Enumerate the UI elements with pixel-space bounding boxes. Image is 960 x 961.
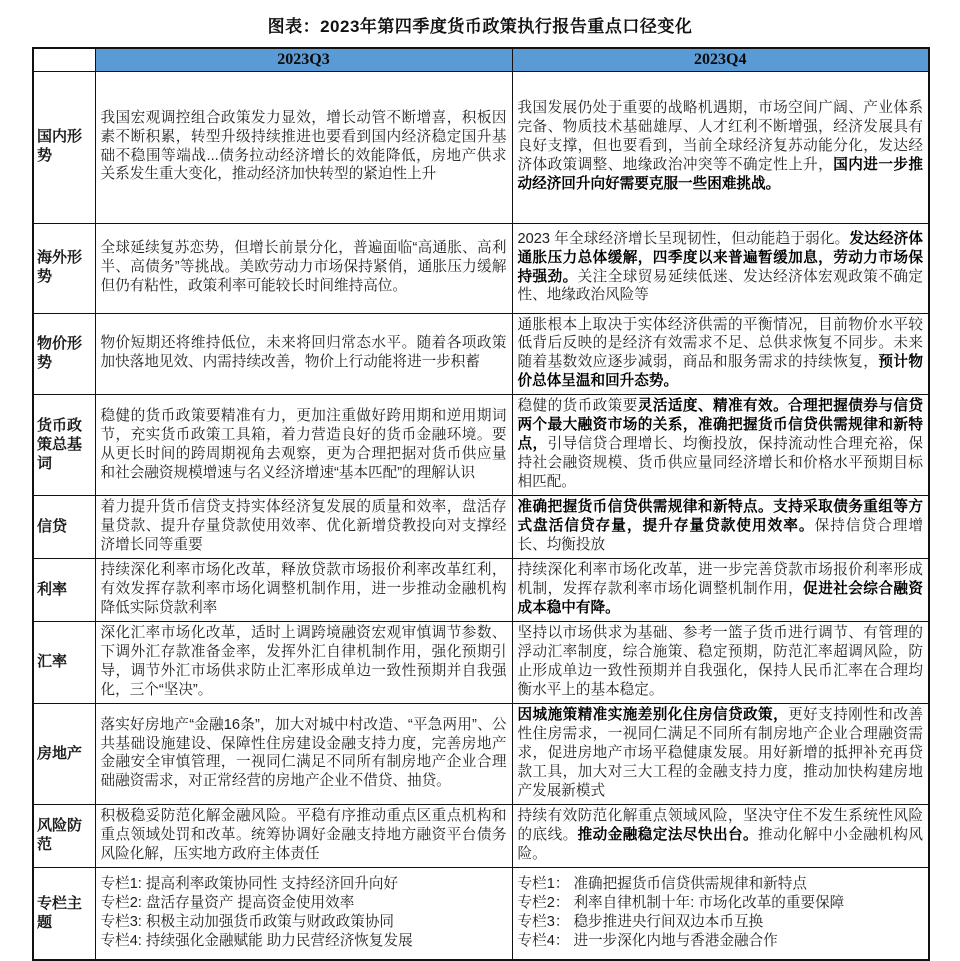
row-label: 国内形势 bbox=[33, 71, 95, 223]
cell-2023q4: 稳健的货币政策要灵活适度、精准有效。合理把握债券与信贷两个最大融资市场的关系，准… bbox=[512, 395, 929, 496]
body-text: 通胀根本上取决于实体经济供需的平衡情况，目前物价水平较低背后反映的是经济有效需求… bbox=[518, 317, 924, 371]
cell-2023q3: 专栏1: 提高利率政策协同性 支持经济回升向好 专栏2: 盘活存量资产 提高资金… bbox=[95, 867, 512, 960]
cell-2023q4: 因城施策精准实施差别化住房信贷政策，更好支持刚性和改善性住房需求，一视同仁满足不… bbox=[512, 704, 929, 805]
body-text: 关注全球贸易延续低迷、发达经济体宏观政策不确定性、地缘政治风险等 bbox=[518, 269, 923, 304]
body-text: 深化汇率市场化改革，适时上调跨境融资宏观审慎调节参数、下调外汇存款准备金率，发挥… bbox=[101, 625, 507, 698]
cell-2023q4: 坚持以市场供求为基础、参考一篮子货币进行调节、有管理的浮动汇率制度，综合施策、稳… bbox=[512, 622, 929, 704]
cell-2023q3: 积极稳妥防范化解金融风险。平稳有序推动重点区重点机构和重点领域处罚和改革。统筹协… bbox=[95, 804, 512, 867]
table-row: 专栏主题专栏1: 提高利率政策协同性 支持经济回升向好 专栏2: 盘活存量资产 … bbox=[33, 867, 929, 960]
page-title: 图表：2023年第四季度货币政策执行报告重点口径变化 bbox=[0, 12, 960, 37]
cell-2023q3: 我国宏观调控组合政策发力显效，增长动管不断增喜，积板因素不断积累，转型升级持续推… bbox=[95, 71, 512, 223]
cell-2023q4: 准确把握货币信贷供需规律和新特点。支持采取债务重组等方式盘活信贷存量，提升存量贷… bbox=[512, 496, 929, 559]
emphasis-text: 因城施策精准实施差别化住房信贷政策， bbox=[518, 707, 789, 723]
row-label: 海外形势 bbox=[33, 223, 95, 313]
header-row: 2023Q3 2023Q4 bbox=[33, 48, 929, 71]
cell-2023q3: 落实好房地产“金融16条”，加大对城中村改造、“平急两用”、公共基础设施建设、保… bbox=[95, 704, 512, 805]
column-header-2023q3: 2023Q3 bbox=[95, 48, 512, 71]
cell-2023q3: 稳健的货币政策要精准有力，更加注重做好跨用期和逆用期词节，充实货币政策工具箱，着… bbox=[95, 395, 512, 496]
body-text: 持续深化利率市场化改革，释放贷款市场报价利率改革红利，有效发挥存款利率市场化调整… bbox=[101, 562, 507, 616]
cell-2023q3: 全球延续复苏恋势，但增长前景分化，普遍面临“高通胀、高利半、高债务”等挑战。美欧… bbox=[95, 223, 512, 313]
row-label: 风险防范 bbox=[33, 804, 95, 867]
row-label: 房地产 bbox=[33, 704, 95, 805]
cell-2023q4: 专栏1： 准确把握货币信贷供需规律和新特点 专栏2： 利率自律机制十年: 市场化… bbox=[512, 867, 929, 960]
table-row: 国内形势我国宏观调控组合政策发力显效，增长动管不断增喜，积板因素不断积累，转型升… bbox=[33, 71, 929, 223]
table-body: 国内形势我国宏观调控组合政策发力显效，增长动管不断增喜，积板因素不断积累，转型升… bbox=[33, 71, 929, 960]
cell-2023q4: 持续有效防范化解重点领域风险，坚决守住不发生系统性风险的底线。推动金融稳定法尽快… bbox=[512, 804, 929, 867]
cell-2023q3: 持续深化利率市场化改革，释放贷款市场报价利率改革红利，有效发挥存款利率市场化调整… bbox=[95, 559, 512, 622]
body-text: 落实好房地产“金融16条”，加大对城中村改造、“平急两用”、公共基础设施建设、保… bbox=[101, 717, 507, 790]
body-text: 稳健的货币政策要精准有力，更加注重做好跨用期和逆用期词节，充实货币政策工具箱，着… bbox=[101, 408, 507, 481]
cell-2023q3: 物价短期还将维持低位，未来将回归常态水平。随着各项政策加快落地见效、内需持续改善… bbox=[95, 313, 512, 395]
body-text: 稳健的货币政策要 bbox=[518, 398, 638, 414]
cell-2023q4: 持续深化利率市场化改革，进一步完善贷款市场报价利率形成机制，发挥存款利率市场化调… bbox=[512, 559, 929, 622]
report-page: 图表：2023年第四季度货币政策执行报告重点口径变化 2023Q3 2023Q4… bbox=[0, 0, 960, 961]
corner-cell bbox=[33, 48, 95, 71]
body-text: 我国宏观调控组合政策发力显效，增长动管不断增喜，积板因素不断积累，转型升级持续推… bbox=[101, 110, 507, 183]
column-header-2023q4: 2023Q4 bbox=[512, 48, 929, 71]
row-label: 汇率 bbox=[33, 622, 95, 704]
row-label: 专栏主题 bbox=[33, 867, 95, 960]
table-row: 物价形势物价短期还将维持低位，未来将回归常态水平。随着各项政策加快落地见效、内需… bbox=[33, 313, 929, 395]
cell-2023q4: 通胀根本上取决于实体经济供需的平衡情况，目前物价水平较低背后反映的是经济有效需求… bbox=[512, 313, 929, 395]
cell-2023q4: 2023 年全球经济增长呈现韧性，但动能趋于弱化。发达经济体通胀压力总体缓解，四… bbox=[512, 223, 929, 313]
body-text: 坚持以市场供求为基础、参考一篮子货币进行调节、有管理的浮动汇率制度，综合施策、稳… bbox=[518, 625, 924, 698]
table-row: 货币政策总基词稳健的货币政策要精准有力，更加注重做好跨用期和逆用期词节，充实货币… bbox=[33, 395, 929, 496]
row-label: 物价形势 bbox=[33, 313, 95, 395]
row-label: 货币政策总基词 bbox=[33, 395, 95, 496]
table-row: 房地产落实好房地产“金融16条”，加大对城中村改造、“平急两用”、公共基础设施建… bbox=[33, 704, 929, 805]
body-text: 2023 年全球经济增长呈现韧性，但动能趋于弱化。 bbox=[518, 231, 850, 247]
policy-comparison-table: 2023Q3 2023Q4 国内形势我国宏观调控组合政策发力显效，增长动管不断增… bbox=[32, 47, 930, 961]
emphasis-text: 推动金融稳定法尽快出台。 bbox=[578, 827, 758, 843]
cell-2023q3: 着力提升货币信贷支持实体经济复发展的质量和效率，盘活存量贷款、提升存量贷款使用效… bbox=[95, 496, 512, 559]
table-row: 利率持续深化利率市场化改革，释放贷款市场报价利率改革红利，有效发挥存款利率市场化… bbox=[33, 559, 929, 622]
body-text: 着力提升货币信贷支持实体经济复发展的质量和效率，盘活存量贷款、提升存量贷款使用效… bbox=[101, 499, 507, 553]
body-text: 物价短期还将维持低位，未来将回归常态水平。随着各项政策加快落地见效、内需持续改善… bbox=[101, 335, 507, 370]
table-header: 2023Q3 2023Q4 bbox=[33, 48, 929, 71]
body-text: 专栏1: 提高利率政策协同性 支持经济回升向好 专栏2: 盘活存量资产 提高资金… bbox=[101, 876, 413, 949]
row-label: 利率 bbox=[33, 559, 95, 622]
cell-2023q3: 深化汇率市场化改革，适时上调跨境融资宏观审慎调节参数、下调外汇存款准备金率，发挥… bbox=[95, 622, 512, 704]
cell-2023q4: 我国发展仍处于重要的战略机遇期，市场空间广阔、产业体系完备、物质技术基础雄厚、人… bbox=[512, 71, 929, 223]
table-row: 汇率深化汇率市场化改革，适时上调跨境融资宏观审慎调节参数、下调外汇存款准备金率，… bbox=[33, 622, 929, 704]
table-row: 海外形势全球延续复苏恋势，但增长前景分化，普遍面临“高通胀、高利半、高债务”等挑… bbox=[33, 223, 929, 313]
body-text: 引导信贷合理增长、均衡投放，保持流动性合理充裕，保持社会融资规模、货币供应量同经… bbox=[518, 436, 924, 490]
table-row: 风险防范积极稳妥防范化解金融风险。平稳有序推动重点区重点机构和重点领域处罚和改革… bbox=[33, 804, 929, 867]
row-label: 信贷 bbox=[33, 496, 95, 559]
table-row: 信贷着力提升货币信贷支持实体经济复发展的质量和效率，盘活存量贷款、提升存量贷款使… bbox=[33, 496, 929, 559]
body-text: 全球延续复苏恋势，但增长前景分化，普遍面临“高通胀、高利半、高债务”等挑战。美欧… bbox=[101, 240, 507, 294]
body-text: 积极稳妥防范化解金融风险。平稳有序推动重点区重点机构和重点领域处罚和改革。统筹协… bbox=[101, 808, 507, 862]
body-text: 专栏1： 准确把握货币信贷供需规律和新特点 专栏2： 利率自律机制十年: 市场化… bbox=[518, 876, 845, 949]
